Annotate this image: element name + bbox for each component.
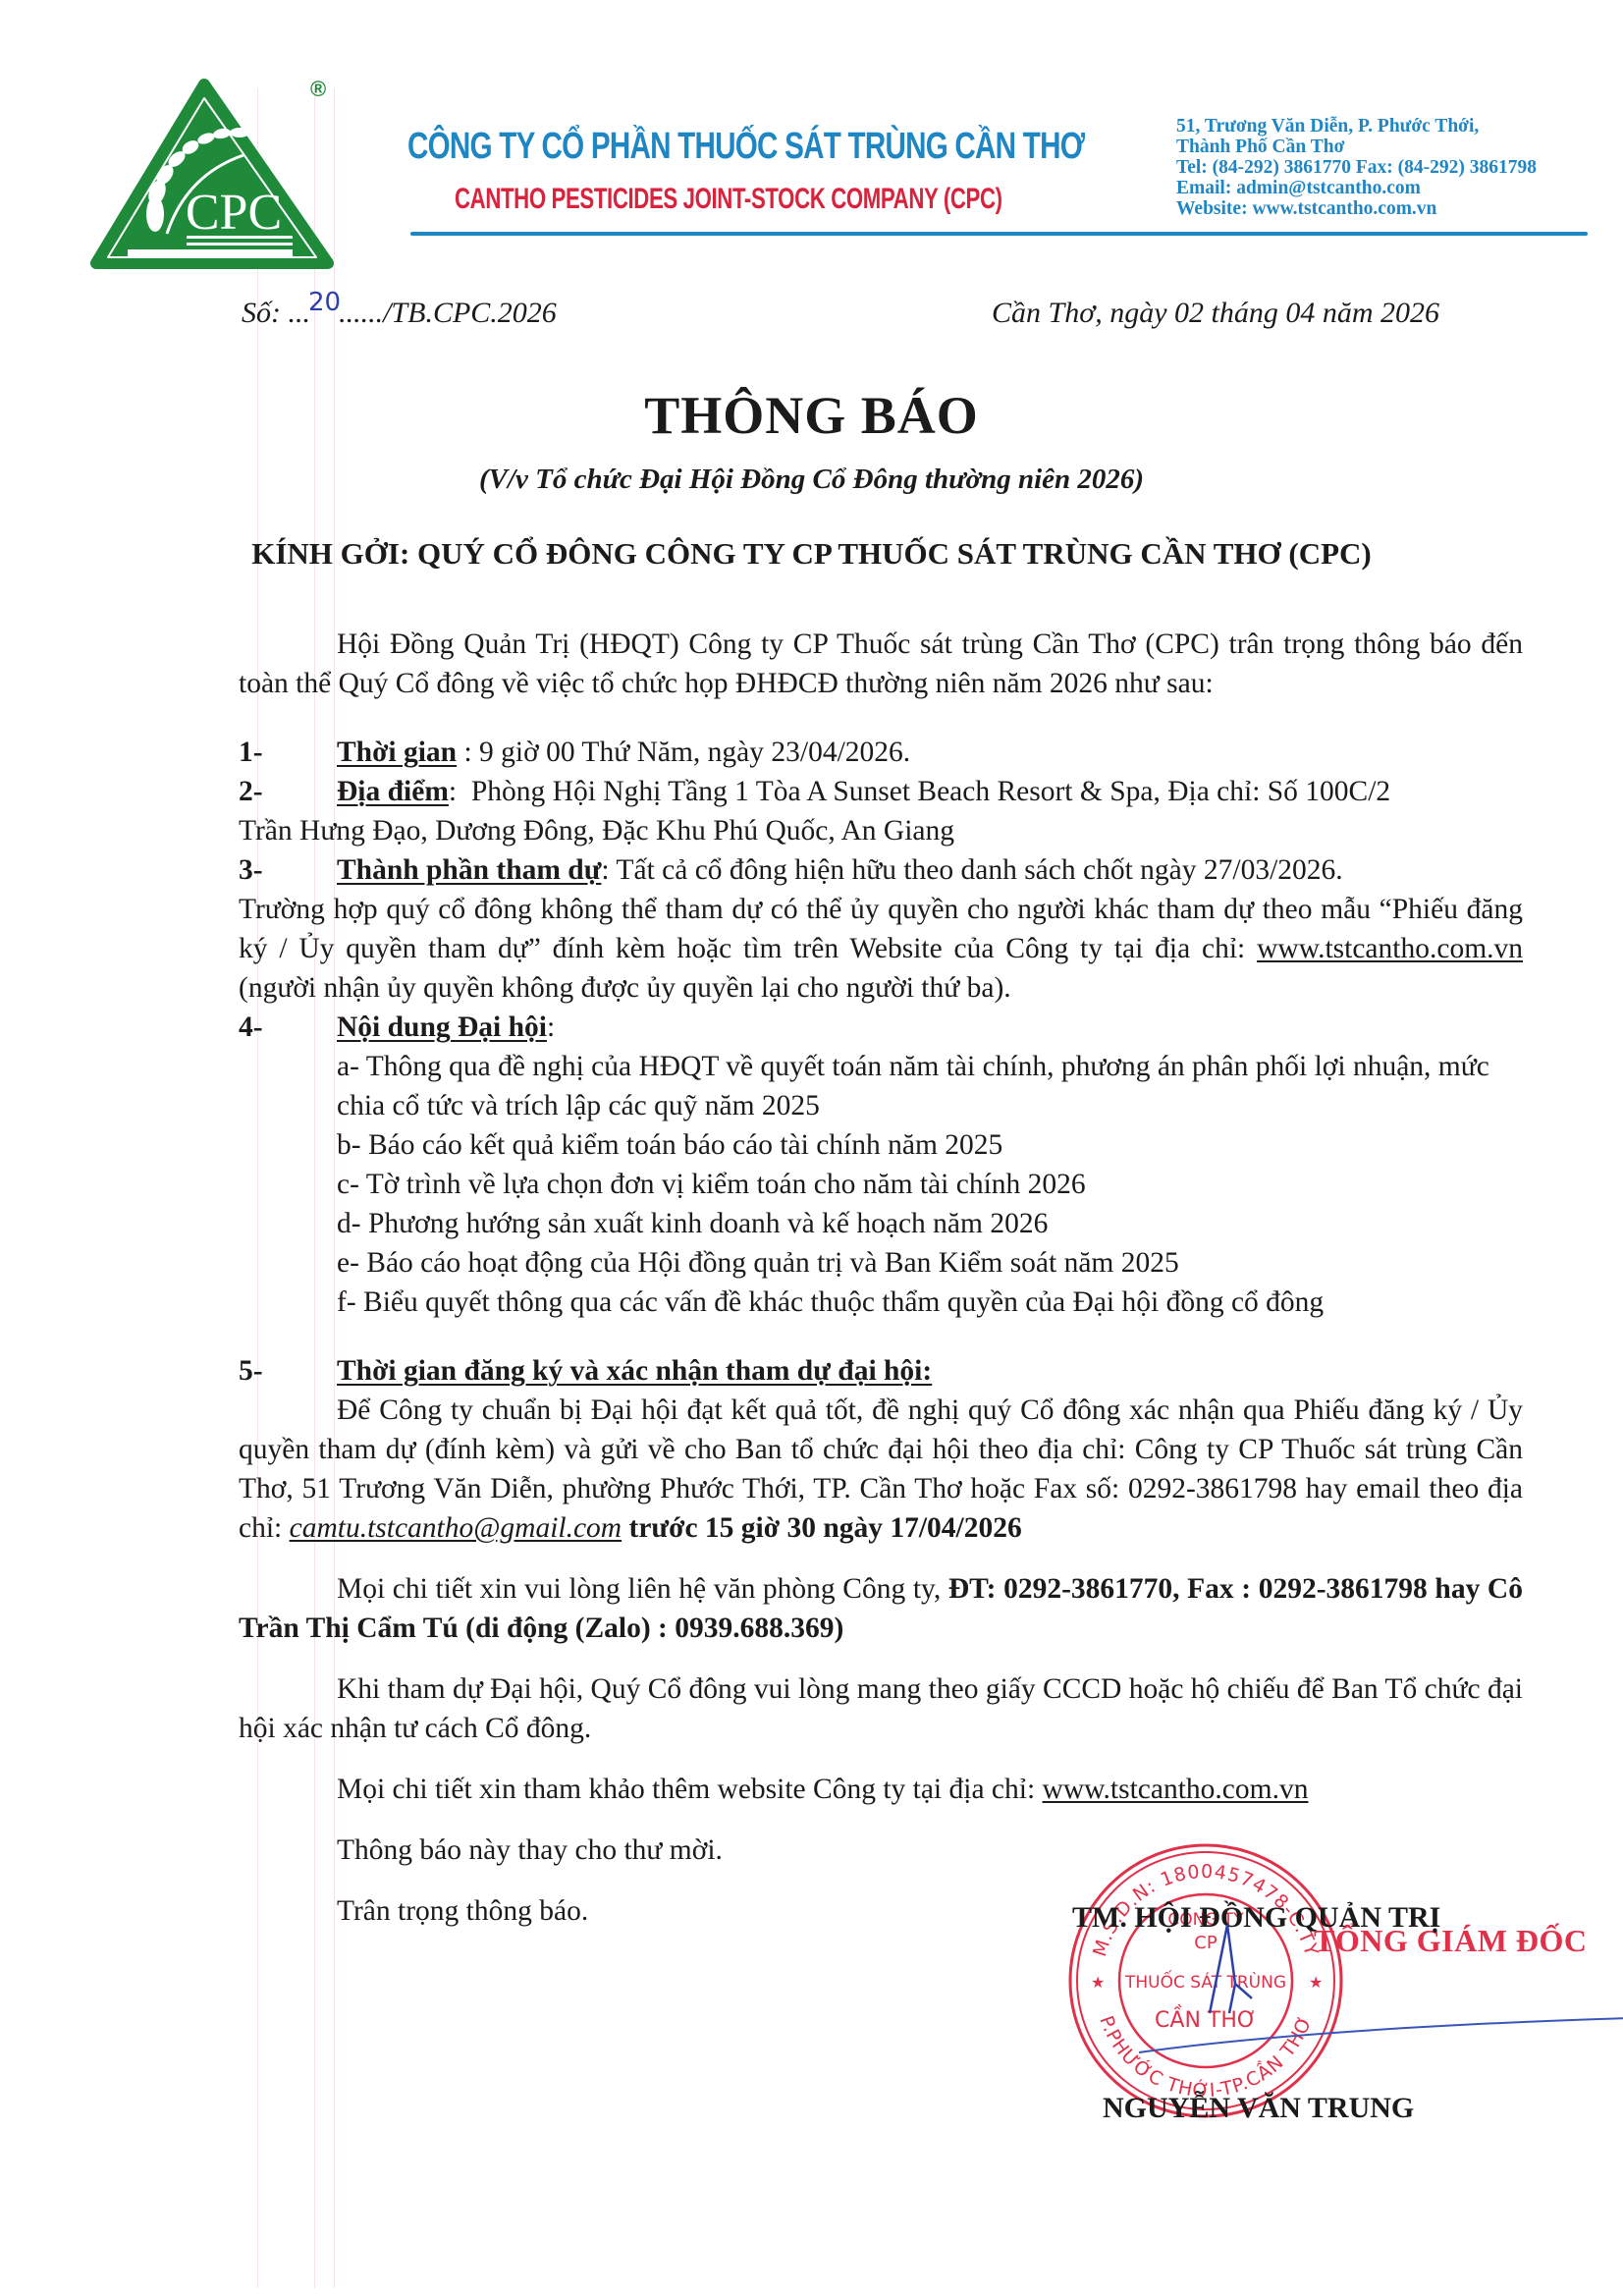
- section-5: 5- Thời gian đăng ký và xác nhận tham dự…: [239, 1351, 1523, 1391]
- company-contact-block: 51, Trương Văn Diễn, P. Phước Thới, Thàn…: [1176, 116, 1537, 219]
- header-divider: [410, 232, 1588, 236]
- signer-name: NGUYỄN VĂN TRUNG: [1103, 2092, 1414, 2125]
- contact-paragraph: Mọi chi tiết xin vui lòng liên hệ văn ph…: [239, 1569, 1523, 1648]
- svg-text:®: ®: [310, 77, 326, 101]
- document-body: Hội Đồng Quản Trị (HĐQT) Công ty CP Thuố…: [239, 625, 1523, 1931]
- company-logo: CPC ®: [88, 77, 334, 283]
- agenda-item: e- Báo cáo hoạt động của Hội đồng quản t…: [337, 1243, 1523, 1283]
- section-heading: Thành phần tham dự: [337, 854, 601, 886]
- company-name-english: CANTHO PESTICIDES JOINT-STOCK COMPANY (C…: [455, 183, 1002, 216]
- address-line-1: 51, Trương Văn Diễn, P. Phước Thới,: [1176, 116, 1537, 137]
- website-link[interactable]: www.tstcantho.com.vn: [1043, 1774, 1309, 1805]
- handwritten-signature: [1119, 1915, 1623, 2062]
- addressee: KÍNH GỞI: QUÝ CỔ ĐÔNG CÔNG TY CP THUỐC S…: [0, 536, 1623, 572]
- section-heading: Địa điểm: [337, 776, 449, 807]
- svg-text:★: ★: [1091, 1975, 1105, 1992]
- agenda-item: d- Phương hướng sản xuất kinh doanh và k…: [337, 1204, 1523, 1243]
- section-3: 3- Thành phần tham dự: Tất cả cổ đông hi…: [239, 850, 1523, 890]
- document-reference-number: Số: ...20....../TB.CPC.2026: [242, 297, 557, 330]
- agenda-item: b- Báo cáo kết quả kiểm toán báo cáo tài…: [337, 1125, 1523, 1165]
- section-2: 2- Địa điểm: Phòng Hội Nghị Tầng 1 Tòa A…: [239, 772, 1523, 811]
- contact-email: Email: admin@tstcantho.com: [1176, 178, 1537, 198]
- document-date: Cần Thơ, ngày 02 tháng 04 năm 2026: [992, 297, 1439, 330]
- document-title: THÔNG BÁO: [0, 385, 1623, 446]
- company-name-vietnamese: CÔNG TY CỔ PHẦN THUỐC SÁT TRÙNG CẦN THƠ: [407, 126, 1084, 168]
- address-line-2: Thành Phố Cần Thơ: [1176, 137, 1537, 157]
- agenda-item: a- Thông qua đề nghị của HĐQT về quyết t…: [337, 1047, 1523, 1125]
- agenda-item: c- Tờ trình về lựa chọn đơn vị kiểm toán…: [337, 1165, 1523, 1204]
- handwritten-number: 20: [308, 288, 341, 317]
- contact-website: Website: www.tstcantho.com.vn: [1176, 198, 1537, 219]
- agenda-list: a- Thông qua đề nghị của HĐQT về quyết t…: [239, 1047, 1523, 1322]
- document-subtitle: (V/v Tổ chức Đại Hội Đồng Cổ Đông thường…: [0, 464, 1623, 496]
- website-paragraph: Mọi chi tiết xin tham khảo thêm website …: [239, 1770, 1523, 1809]
- svg-text:CPC: CPC: [186, 185, 282, 241]
- section-heading: Nội dung Đại hội: [337, 1011, 547, 1043]
- section-heading: Thời gian đăng ký và xác nhận tham dự đạ…: [337, 1351, 932, 1391]
- tel-fax: Tel: (84-292) 3861770 Fax: (84-292) 3861…: [1176, 157, 1537, 178]
- section-heading: Thời gian: [337, 737, 457, 768]
- agenda-item: f- Biểu quyết thông qua các vấn đề khác …: [337, 1283, 1523, 1322]
- id-requirement-paragraph: Khi tham dự Đại hội, Quý Cổ đông vui lòn…: [239, 1669, 1523, 1748]
- section-1: 1- Thời gian : 9 giờ 00 Thứ Năm, ngày 23…: [239, 733, 1523, 772]
- registration-deadline: trước 15 giờ 30 ngày 17/04/2026: [622, 1512, 1022, 1544]
- registration-email-link[interactable]: camtu.tstcantho@gmail.com: [290, 1512, 622, 1544]
- section-4: 4- Nội dung Đại hội:: [239, 1008, 1523, 1047]
- intro-paragraph: Hội Đồng Quản Trị (HĐQT) Công ty CP Thuố…: [239, 625, 1523, 703]
- website-link[interactable]: www.tstcantho.com.vn: [1257, 933, 1523, 964]
